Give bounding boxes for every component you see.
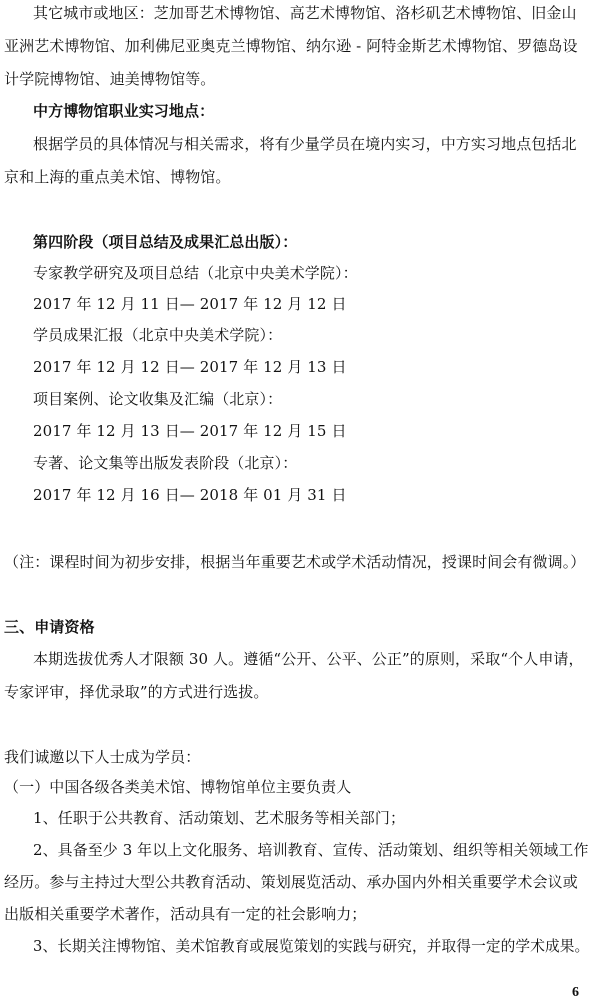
paragraph-line: 3、长期关注博物馆、美术馆教育或展览策划的实践与研究，并取得一定的学术成果。 bbox=[33, 936, 589, 956]
paragraph-line: 2017 年 12 月 13 日— 2017 年 12 月 15 日 bbox=[33, 421, 347, 441]
paragraph-line: 根据学员的具体情况与相关需求，将有少量学员在境内实习，中方实习地点包括北 bbox=[33, 134, 577, 154]
paragraph-line: （一）中国各级各类美术馆、博物馆单位主要负责人 bbox=[4, 777, 351, 797]
paragraph-line: 1、任职于公共教育、活动策划、艺术服务等相关部门； bbox=[33, 808, 405, 828]
paragraph-line: 2017 年 12 月 16 日— 2018 年 01 月 31 日 bbox=[33, 485, 347, 505]
page-number: 6 bbox=[572, 985, 579, 1001]
paragraph-line: 本期选拔优秀人才限额 30 人。遵循“公开、公平、公正”的原则，采取“个人申请， bbox=[33, 649, 584, 669]
paragraph-line: 专家教学研究及项目总结（北京中央美术学院）： bbox=[33, 263, 358, 283]
section-heading: 中方博物馆职业实习地点： bbox=[33, 101, 214, 121]
paragraph-line: 学员成果汇报（北京中央美术学院）： bbox=[33, 325, 282, 345]
paragraph-line: 2017 年 12 月 12 日— 2017 年 12 月 13 日 bbox=[33, 357, 347, 377]
paragraph-line: 专著、论文集等出版发表阶段（北京）： bbox=[33, 453, 297, 473]
paragraph-line: 项目案例、论文收集及汇编（北京）： bbox=[33, 389, 282, 409]
paragraph-line: 出版相关重要学术著作，活动具有一定的社会影响力； bbox=[4, 904, 366, 924]
paragraph-line: 2017 年 12 月 11 日— 2017 年 12 月 12 日 bbox=[33, 294, 347, 314]
section-heading: 三、申请资格 bbox=[4, 617, 95, 637]
section-heading: 第四阶段（项目总结及成果汇总出版）： bbox=[33, 232, 297, 252]
paragraph-line: 计学院博物馆、迪美博物馆等。 bbox=[4, 69, 215, 89]
paragraph-line: 经历。参与主持过大型公共教育活动、策划展览活动、承办国内外相关重要学术会议或 bbox=[4, 872, 578, 892]
paragraph-line: 其它城市或地区：芝加哥艺术博物馆、高艺术博物馆、洛杉矶艺术博物馆、旧金山 bbox=[33, 3, 577, 23]
paragraph-line: （注：课程时间为初步安排，根据当年重要艺术或学术活动情况，授课时间会有微调。） bbox=[4, 552, 585, 572]
paragraph-line: 我们诚邀以下人士成为学员： bbox=[4, 747, 200, 767]
paragraph-line: 亚洲艺术博物馆、加利佛尼亚奥克兰博物馆、纳尔逊 - 阿特金斯艺术博物馆、罗德岛设 bbox=[4, 36, 578, 56]
paragraph-line: 2、具备至少 3 年以上文化服务、培训教育、宣传、活动策划、组织等相关领域工作 bbox=[33, 840, 589, 860]
paragraph-line: 京和上海的重点美术馆、博物馆。 bbox=[4, 167, 231, 187]
paragraph-line: 专家评审，择优录取”的方式进行选拔。 bbox=[4, 682, 268, 702]
